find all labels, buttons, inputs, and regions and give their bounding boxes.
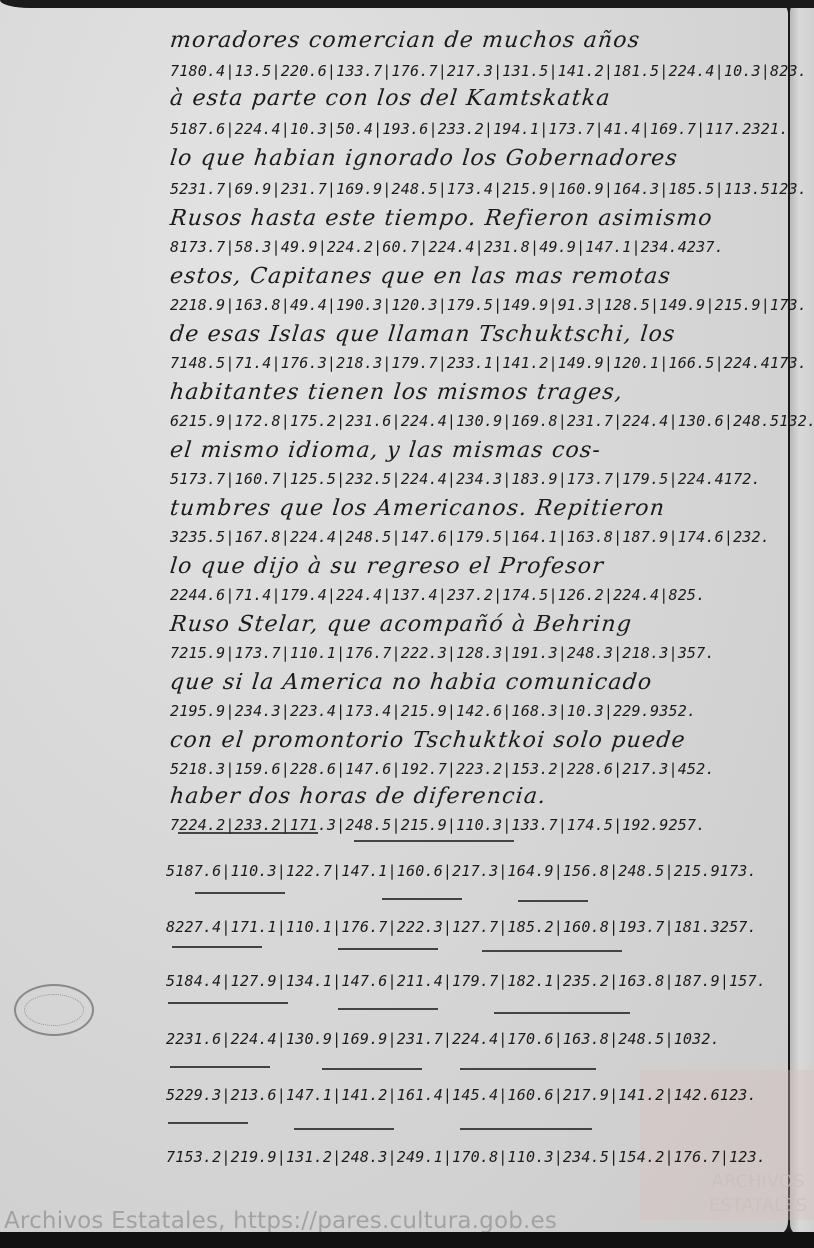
separator-rule <box>518 900 588 902</box>
cipher-line: 7153.2|219.9|131.2|248.3|249.1|170.8|110… <box>166 1148 766 1166</box>
cipher-line: 7180.4|13.5|220.6|133.7|176.7|217.3|131.… <box>170 62 807 80</box>
prose-line: con el promontorio Tschuktkoi solo puede <box>169 728 687 753</box>
separator-rule <box>195 892 285 894</box>
cipher-line: 5218.3|159.6|228.6|147.6|192.7|223.2|153… <box>170 760 715 778</box>
separator-rule <box>460 1068 596 1070</box>
separator-rule <box>482 950 622 952</box>
cipher-line: 8173.7|58.3|49.9|224.2|60.7|224.4|231.8|… <box>170 238 724 256</box>
prose-line: de esas Islas que llaman Tschuktschi, lo… <box>169 322 677 347</box>
prose-line: haber dos horas de diferencia. <box>169 784 548 809</box>
cipher-line: 5187.6|110.3|122.7|147.1|160.6|217.3|164… <box>166 862 757 880</box>
prose-line: lo que dijo à su regreso el Profesor <box>169 554 606 579</box>
cipher-line: 2244.6|71.4|179.4|224.4|137.4|237.2|174.… <box>170 586 705 604</box>
cipher-line: 2231.6|224.4|130.9|169.9|231.7|224.4|170… <box>166 1030 720 1048</box>
bottom-shadow <box>0 1232 814 1248</box>
cipher-line: 5231.7|69.9|231.7|169.9|248.5|173.4|215.… <box>170 180 807 198</box>
cipher-line: 2218.9|163.8|49.4|190.3|120.3|179.5|149.… <box>170 296 807 314</box>
separator-rule <box>168 1002 288 1004</box>
cipher-line: 8227.4|171.1|110.1|176.7|222.3|127.7|185… <box>166 918 757 936</box>
cipher-line: 2195.9|234.3|223.4|173.4|215.9|142.6|168… <box>170 702 696 720</box>
separator-rule <box>338 1008 438 1010</box>
prose-line: que si la America no habia comunicado <box>169 670 654 695</box>
cipher-line: 6215.9|172.8|175.2|231.6|224.4|130.9|169… <box>170 412 814 430</box>
separator-rule <box>170 1066 270 1068</box>
top-shadow <box>0 0 814 8</box>
prose-line: lo que habian ignorado los Gobernadores <box>169 146 680 171</box>
separator-rule <box>168 1122 248 1124</box>
prose-line: estos, Capitanes que en las mas remotas <box>169 264 673 289</box>
separator-rule <box>460 1128 592 1130</box>
prose-line: Rusos hasta este tiempo. Refieron asimis… <box>169 206 714 231</box>
cipher-line: 5187.6|224.4|10.3|50.4|193.6|233.2|194.1… <box>170 120 788 138</box>
archive-watermark-text: Archivos Estatales, https://pares.cultur… <box>4 1208 557 1234</box>
cipher-line: 5229.3|213.6|147.1|141.2|161.4|145.4|160… <box>166 1086 757 1104</box>
seal-inner-ring <box>24 994 84 1026</box>
cipher-line: 7148.5|71.4|176.3|218.3|179.7|233.1|141.… <box>170 354 807 372</box>
archive-logo-watermark: ARCHIVOS ESTATALES <box>708 1170 808 1230</box>
cipher-line: 7215.9|173.7|110.1|176.7|222.3|128.3|191… <box>170 644 715 662</box>
prose-line: à esta parte con los del Kamtskatka <box>169 86 612 111</box>
cipher-line: 5184.4|127.9|134.1|147.6|211.4|179.7|182… <box>166 972 766 990</box>
separator-rule <box>338 948 438 950</box>
prose-line: el mismo idioma, y las mismas cos- <box>169 438 603 463</box>
separator-rule <box>354 840 514 842</box>
separator-rule <box>494 1012 630 1014</box>
separator-rule <box>322 1068 422 1070</box>
prose-line: tumbres que los Americanos. Repitieron <box>169 496 667 521</box>
prose-line: habitantes tienen los mismos trages, <box>169 380 625 405</box>
separator-rule <box>294 1128 394 1130</box>
archive-seal-stamp <box>14 984 94 1036</box>
prose-line: moradores comercian de muchos años <box>169 28 642 53</box>
cipher-line: 3235.5|167.8|224.4|248.5|147.6|179.5|164… <box>170 528 770 546</box>
prose-line: Ruso Stelar, que acompañó à Behring <box>169 612 634 637</box>
separator-rule <box>172 946 262 948</box>
separator-rule <box>382 898 462 900</box>
separator-rule <box>178 832 318 834</box>
cipher-line: 5173.7|160.7|125.5|232.5|224.4|234.3|183… <box>170 470 761 488</box>
